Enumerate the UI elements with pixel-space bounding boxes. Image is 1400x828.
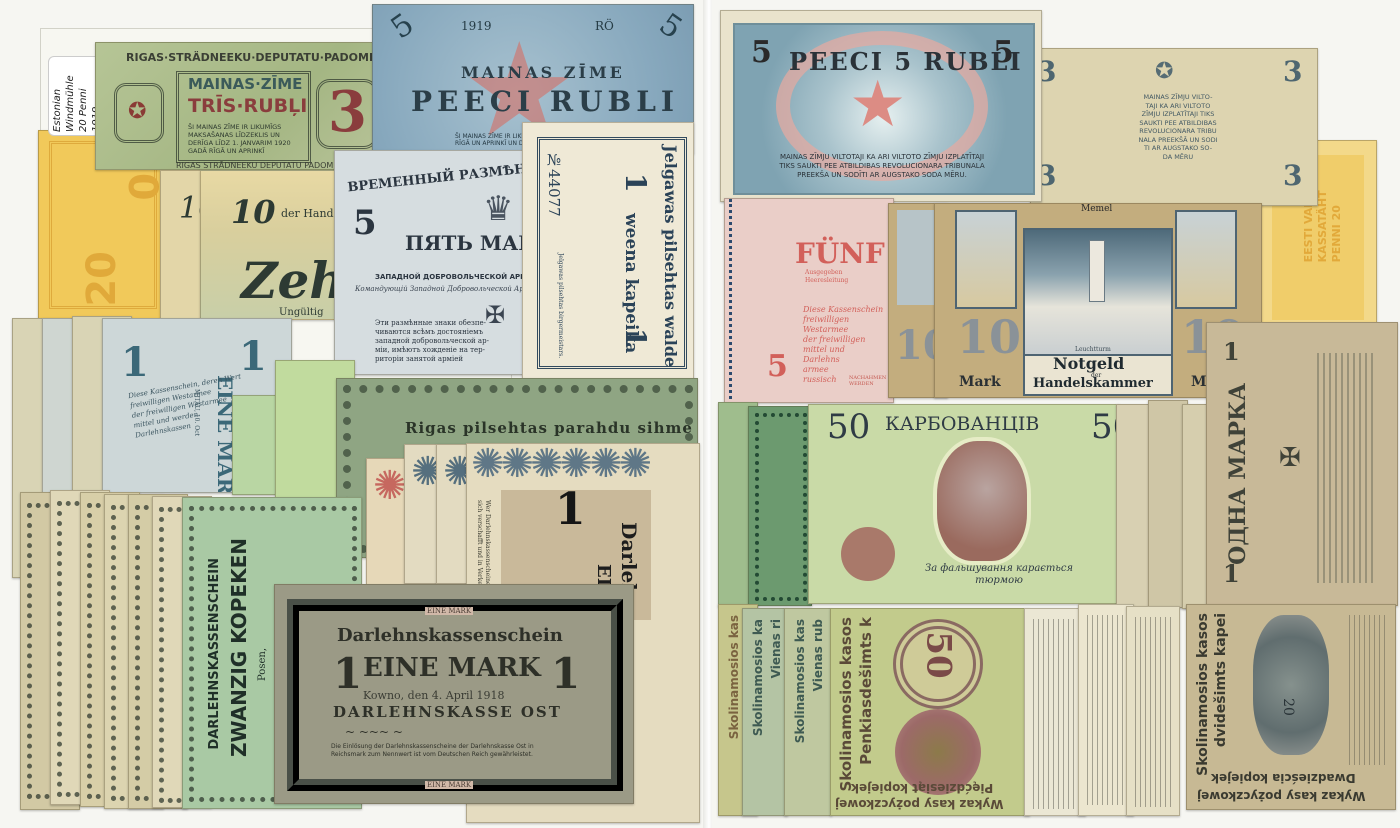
text-line: TI AR AUGSTAKO SO- <box>1123 144 1233 153</box>
text-line: PREEKŠA UN SODĪTI AR AUGSTAKO SODA MĒRU. <box>741 171 1023 180</box>
text-line: DA MĒRU <box>1123 153 1233 162</box>
numeral-left: 5 <box>385 7 421 47</box>
footer: Jelgawas pilsehtas birgermeistars. <box>557 253 564 358</box>
text-line: TIKS SAUKTI PEE ATBILDIBAS REVOLUCIONARA… <box>741 162 1023 171</box>
numeral-left: 1 <box>121 339 149 386</box>
text-lt: dvidešimts kapei <box>1213 613 1229 747</box>
warning-line: тюрмою <box>925 575 1073 587</box>
numeral-left: 5 <box>751 35 772 70</box>
seal-icon <box>841 527 895 581</box>
numeral-top: 1 <box>619 173 652 192</box>
text-line: Ausgegeben <box>805 269 848 277</box>
title: Rigas pilsehtas parahdu sihme <box>405 419 693 437</box>
text-line: GADĀ RĪGĀ UN APRINKĪ <box>188 147 291 155</box>
text-lt: Penkiasdešimts k <box>857 617 875 765</box>
text-block <box>1317 353 1377 583</box>
banknote-odna-marka: ОДНА МАРКА 1 1 ✠ <box>1206 322 1398 606</box>
place-date: Kowno, den 4. April 1918 <box>363 689 505 702</box>
commander: Командующій Западной Добровольческой Арм… <box>355 285 541 293</box>
maltese-cross-icon: ✠ <box>1279 443 1301 473</box>
numeral-left: 50 <box>827 407 870 447</box>
top-label: Memel <box>1081 204 1112 214</box>
banknote-jelgava-1-kapeika: Jelgawas pilsehtas walde 1 weena kapeika… <box>522 122 694 380</box>
footer: NACHAHMEN WERDEN <box>849 375 889 387</box>
text-pl: Wykaz kasy pożyczkowej <box>835 797 1004 811</box>
stack-text: Skolinamosios kas <box>727 615 741 739</box>
text-line: KASSATÄHT <box>1316 161 1330 262</box>
star-hammer-icon: ★ <box>849 73 906 137</box>
banknote-zehn-mark: 10 der Handelskammer Zehn Ungültig <box>200 170 340 320</box>
text-line: Heeresleitung <box>805 277 848 285</box>
text-line: Darlehns <box>803 355 893 365</box>
numeral-left: 10 <box>957 310 1021 364</box>
title: Notgeld <box>1053 354 1124 373</box>
numeral-left: 1 <box>333 649 362 698</box>
text-line: NALA PREEKŠĀ UN SODI <box>1123 136 1233 145</box>
couple-vignette <box>955 210 1017 309</box>
text-pl: Pięćdziesiąt kopiejek <box>851 781 993 795</box>
value: Zehn <box>241 251 340 310</box>
text-line: SAUKTI PEE ATBILDIBAS <box>1123 119 1233 128</box>
banknote-skolinamosios-20-kopeek: Skolinamosios kasos dvidešimts kapei 20 … <box>1186 604 1396 810</box>
text-line: риторіи занятой арміей <box>375 355 489 364</box>
numeral-bottom: 20 <box>79 251 125 307</box>
text-line: ŠI MAINAS ZĪME IR LIKUMĪGS <box>188 123 291 131</box>
value: PEECI RUBLI <box>411 85 679 118</box>
numeral: 10 <box>231 193 276 231</box>
text-line: TAJI KA ARI VILTOTO <box>1123 102 1233 111</box>
issuer: DARLEHNSKASSE OST <box>333 703 562 721</box>
banknote-text-back-1 <box>1024 608 1086 816</box>
banknote-ukraine-50-karbovantsiv: 50 КАРБОВАНЦІВ 50 За фальшування караєть… <box>808 404 1120 604</box>
value: FÜNF <box>795 237 885 270</box>
title: MAINAS·ZĪME <box>188 75 302 93</box>
text-line: freiwilligen Westarmee <box>803 315 893 335</box>
numeral: 5 <box>767 349 788 384</box>
numeral: 20 <box>1280 698 1296 716</box>
numeral: 1 <box>555 484 586 535</box>
numeral-right: 5 <box>653 7 689 47</box>
warning-line: За фальшування карається <box>925 563 1073 575</box>
numeral: 5 <box>353 203 377 243</box>
stack-text: Vienas rub <box>811 619 825 691</box>
issuer: der Handelskammer <box>281 207 340 220</box>
numeral-br: 3 <box>1283 159 1302 192</box>
title: КАРБОВАНЦІВ <box>885 413 1039 435</box>
text-line: западной добровольческой ар- <box>375 337 489 346</box>
value-fragment-2: EI <box>593 564 614 586</box>
numeral-right: 1 <box>239 333 267 380</box>
numeral-bottom: 1 <box>619 328 652 347</box>
text-line: міи, имѣютъ хожденіе на тер- <box>375 346 489 355</box>
text-line: DERĪGA LĪDZ 1. JANVARIM 1920 <box>188 139 291 147</box>
lace-ornament <box>1253 615 1329 755</box>
issuer: Jelgawas pilsehtas walde <box>661 145 680 367</box>
portrait-vignette <box>933 437 1031 565</box>
banknote-skolinamosios-50-kopeek: Skolinamosios kasos Penkiasdešimts k 50 … <box>830 608 1030 816</box>
title: MAINAS ZĪME <box>461 63 625 82</box>
text-line: Diese Kassenschein <box>803 305 893 315</box>
unit-left: Mark <box>959 374 1001 390</box>
album-page-right: EESTI VABARIIGI KASSATÄHT PENNI 20 3 3 3… <box>712 0 1400 828</box>
text-line: mittel und <box>803 345 893 355</box>
border-label-top: EINE MARK <box>425 607 473 615</box>
rosette-icon: ✺ <box>373 463 407 509</box>
serial-number: №44077 <box>545 151 563 217</box>
banknote-green-side-2 <box>748 406 812 606</box>
banknote-skolinamosios-stack-2: Skolinamosios ka Vienas ri <box>742 608 788 816</box>
numeral: 50 <box>919 631 959 678</box>
album-page-left: 20 20 PENNI Estonian Windmühle 20 Penni … <box>0 0 705 828</box>
text-lt: Skolinamosios kasos <box>1195 613 1211 776</box>
text-line: чиваются всѣмъ достояніемъ <box>375 328 489 337</box>
label-line: Estonian <box>51 60 64 132</box>
lighthouse-icon <box>1089 240 1105 302</box>
banknote-skolinamosios-stack-3: Skolinamosios kas Vienas rub <box>784 608 832 816</box>
issuer-footer: RIGAS STRĀDNEEKU DEPUTATU PADOMES <box>176 161 343 170</box>
text-line: MAINAS ZĪMJU VILTOTAJI KA ARI VILTOTO ZĪ… <box>741 153 1023 162</box>
numeral: 3 <box>328 79 367 145</box>
place: Posen, <box>257 648 268 681</box>
text-line: PENNI 20 <box>1330 161 1344 262</box>
signatures: ~ ~~~ ~ <box>345 725 403 739</box>
text-pl: Wykaz kasy pożyczkowej <box>1197 789 1366 803</box>
text-line: REVOLUCIONARA TRIBU <box>1123 127 1233 136</box>
numeral-top: 1 <box>1223 337 1240 366</box>
title: Darlehnskassenschein <box>337 625 563 646</box>
caption: Leuchtturm <box>1075 346 1111 353</box>
emblem-icon: ✪ <box>1155 59 1173 84</box>
numeral-bottom: 1 <box>1223 559 1240 588</box>
issuer: ЗАПАДНОЙ ДОБРОВОЛЬЧЕСКОЙ АРМІИ <box>375 273 536 281</box>
text-line: armee <box>803 365 893 375</box>
title: ВРЕМЕННЫЙ РАЗМѢННЫЙ <box>347 158 544 196</box>
numeral-tr: 3 <box>1283 55 1302 88</box>
fisherman-vignette <box>1175 210 1237 309</box>
border-label-bottom: EINE MARK <box>425 781 473 789</box>
banknote-text-back-3 <box>1126 606 1180 816</box>
validity: Ungültig <box>279 307 324 318</box>
value: TRĪS·RUBĻI <box>188 95 307 117</box>
rosette-border: ✺✺✺✺✺✺ <box>471 444 648 484</box>
place-date: MITAU, 10. Oct <box>193 389 200 436</box>
text-line: Die Einlösung der Darlehnskassenscheine … <box>331 743 534 751</box>
value: ZWANZIG KOPEKEN <box>227 538 251 757</box>
lighthouse-vignette <box>1023 228 1173 360</box>
banknote-funf-mark: FÜNF Ausgegeben Heeresleitung Diese Kass… <box>724 198 894 403</box>
text-line: MAKSAŠANAS LĪDZEKLIS UN <box>188 131 291 139</box>
stack-text: Vienas ri <box>769 619 783 678</box>
stack-text: Skolinamosios kas <box>793 619 807 743</box>
value: ОДНА МАРКА <box>1225 383 1251 565</box>
series: RÖ <box>595 19 614 33</box>
numeral-right: 1 <box>551 649 580 698</box>
emblem-icon: ✪ <box>128 99 146 124</box>
text-pl: Dwadzieścia kopiejek <box>1211 771 1356 785</box>
banknote-riga-3-rubli-back: 3 3 3 3 ✪ MAINAS ZĪMJU VILTO- TAJI KA AR… <box>1030 48 1318 206</box>
text-lt: Skolinamosios kasos <box>837 617 855 792</box>
text-line: ZĪMJU IZPLATĪTAJI TIKS <box>1123 110 1233 119</box>
stack-text: Skolinamosios ka <box>751 619 765 736</box>
text-line: der freiwilligen <box>803 335 893 345</box>
banknote-eine-mark-kowno: EINE MARK Darlehnskassenschein 1 EINE MA… <box>274 584 634 804</box>
subtitle: Handelskammer <box>1033 376 1153 391</box>
text-line: Эти размѣнные знаки обезпе- <box>375 319 489 328</box>
value: EINE MARK <box>363 653 541 683</box>
text-line: Reichsmark zum Nennwert ist vom Deutsche… <box>331 751 534 759</box>
issuer-header: RIGAS·STRÄDNEEKU·DEPUTATU·PADOMES <box>126 51 384 64</box>
double-eagle-icon: ♛ <box>483 189 513 229</box>
banknote-bermondt-5-marok: ВРЕМЕННЫЙ РАЗМѢННЫЙ ♛ 5 ПЯТЬ МАРОКЪ ЗАПА… <box>334 150 544 375</box>
text-line: MAINAS ZĪMJU VILTO- <box>1123 93 1233 102</box>
label-line: Windmühle <box>64 60 77 132</box>
banknote-riga-5-rubli-back: 5 5 PEECI 5 RUBLI ★ MAINAS ZĪMJU VILTOTA… <box>720 10 1042 202</box>
issuer: DARLEHNSKASSENSCHEIN <box>207 558 222 750</box>
